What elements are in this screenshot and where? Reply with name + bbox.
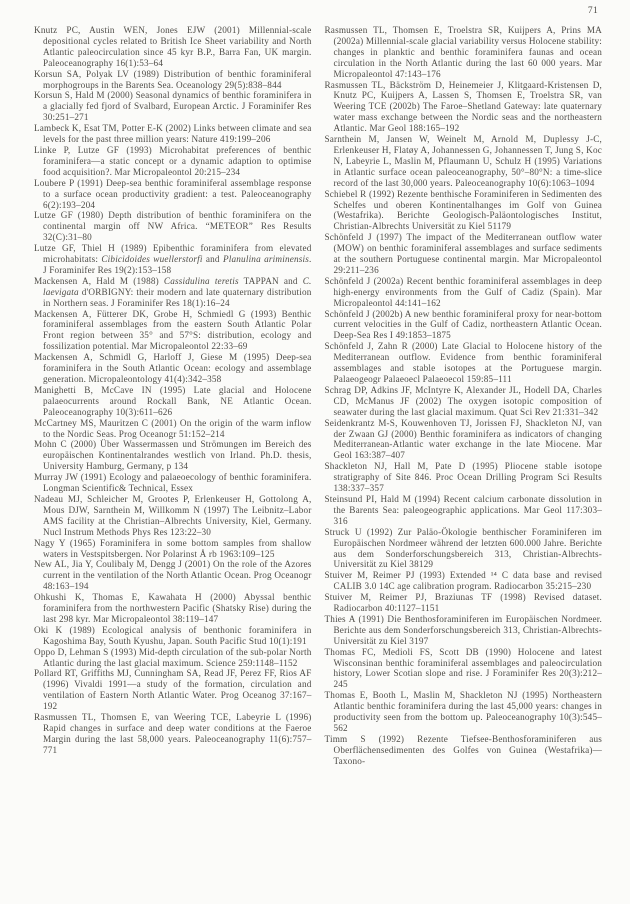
- reference-item: Nagy Y (1965) Foraminifera in some botto…: [34, 538, 312, 560]
- reference-item: Schönfeld J (1997) The impact of the Med…: [325, 232, 603, 276]
- reference-item: Steinsund PI, Hald M (1994) Recent calci…: [325, 494, 603, 527]
- reference-item: Schrag DP, Adkins JF, McIntyre K, Alexan…: [325, 385, 603, 418]
- reference-item: Mackensen A, Hald M (1988) Cassidulina t…: [34, 276, 312, 309]
- references-column-right: Rasmussen TL, Thomsen E, Troelstra SR, K…: [325, 25, 603, 767]
- reference-item: Thomas FC, Medioli FS, Scott DB (1990) H…: [325, 647, 603, 691]
- reference-item: McCartney MS, Mauritzen C (2001) On the …: [34, 418, 312, 440]
- reference-item: Schönfeld J, Zahn R (2000) Late Glacial …: [325, 341, 603, 385]
- reference-item: Lutze GF (1980) Depth distribution of be…: [34, 210, 312, 243]
- reference-item: Thies A (1991) Die Benthosforaminiferen …: [325, 614, 603, 647]
- reference-item: Rasmussen TL, Thomsen E, van Weering TCE…: [34, 712, 312, 756]
- reference-item: Seidenkrantz M-S, Kouwenhoven TJ, Joriss…: [325, 418, 603, 462]
- reference-item: Manighetti B, McCave IN (1995) Late glac…: [34, 385, 312, 418]
- page-number: 71: [588, 6, 598, 16]
- reference-item: Mohn C (2000) Über Wassermassen und Strö…: [34, 439, 312, 472]
- reference-item: Mackensen A, Fütterer DK, Grobe H, Schmi…: [34, 309, 312, 353]
- reference-item: Knutz PC, Austin WEN, Jones EJW (2001) M…: [34, 25, 312, 69]
- reference-item: Loubere P (1991) Deep-sea benthic forami…: [34, 178, 312, 211]
- reference-item: Oki K (1989) Ecological analysis of bent…: [34, 625, 312, 647]
- reference-item: Pollard RT, Griffiths MJ, Cunningham SA,…: [34, 668, 312, 712]
- reference-item: Linke P, Lutze GF (1993) Microhabitat pr…: [34, 145, 312, 178]
- reference-item: Struck U (1992) Zur Paläo-Ökologie benth…: [325, 527, 603, 571]
- reference-item: New AL, Jia Y, Coulibaly M, Dengg J (200…: [34, 559, 312, 592]
- reference-item: Nadeau MJ, Schleicher M, Grootes P, Erle…: [34, 494, 312, 538]
- reference-item: Schönfeld J (2002a) Recent benthic foram…: [325, 276, 603, 309]
- reference-item: Lambeck K, Esat TM, Potter E-K (2002) Li…: [34, 123, 312, 145]
- reference-item: Sarnthein M, Jansen W, Weinelt M, Arnold…: [325, 134, 603, 189]
- page-header: 71: [34, 6, 602, 20]
- reference-item: Stuiver M, Reimer PJ, Braziunas TF (1998…: [325, 592, 603, 614]
- reference-item: Shackleton NJ, Hall M, Pate D (1995) Pli…: [325, 461, 603, 494]
- reference-item: Lutze GF, Thiel H (1989) Epibenthic fora…: [34, 243, 312, 276]
- reference-item: Thomas E, Booth L, Maslin M, Shackleton …: [325, 690, 603, 734]
- reference-item: Stuiver M, Reimer PJ (1993) Extended ¹⁴ …: [325, 570, 603, 592]
- reference-item: Schönfeld J (2002b) A new benthic forami…: [325, 309, 603, 342]
- reference-columns: Knutz PC, Austin WEN, Jones EJW (2001) M…: [34, 25, 602, 767]
- reference-item: Ohkushi K, Thomas E, Kawahata H (2000) A…: [34, 592, 312, 625]
- reference-item: Korsun S, Hald M (2000) Seasonal dynamic…: [34, 90, 312, 123]
- references-page: 71 Knutz PC, Austin WEN, Jones EJW (2001…: [0, 0, 630, 904]
- reference-item: Rasmussen TL, Bäckström D, Heinemeier J,…: [325, 80, 603, 135]
- reference-item: Rasmussen TL, Thomsen E, Troelstra SR, K…: [325, 25, 603, 80]
- reference-item: Oppo D, Lehman S (1993) Mid-depth circul…: [34, 647, 312, 669]
- reference-item: Schiebel R (1992) Rezente benthische For…: [325, 189, 603, 233]
- reference-item: Timm S (1992) Rezente Tiefsee-Benthosfor…: [325, 734, 603, 767]
- reference-item: Mackensen A, Schmidl G, Harloff J, Giese…: [34, 352, 312, 385]
- reference-item: Murray JW (1991) Ecology and palaeoecolo…: [34, 472, 312, 494]
- reference-item: Korsun SA, Polyak LV (1989) Distribution…: [34, 69, 312, 91]
- references-column-left: Knutz PC, Austin WEN, Jones EJW (2001) M…: [34, 25, 312, 767]
